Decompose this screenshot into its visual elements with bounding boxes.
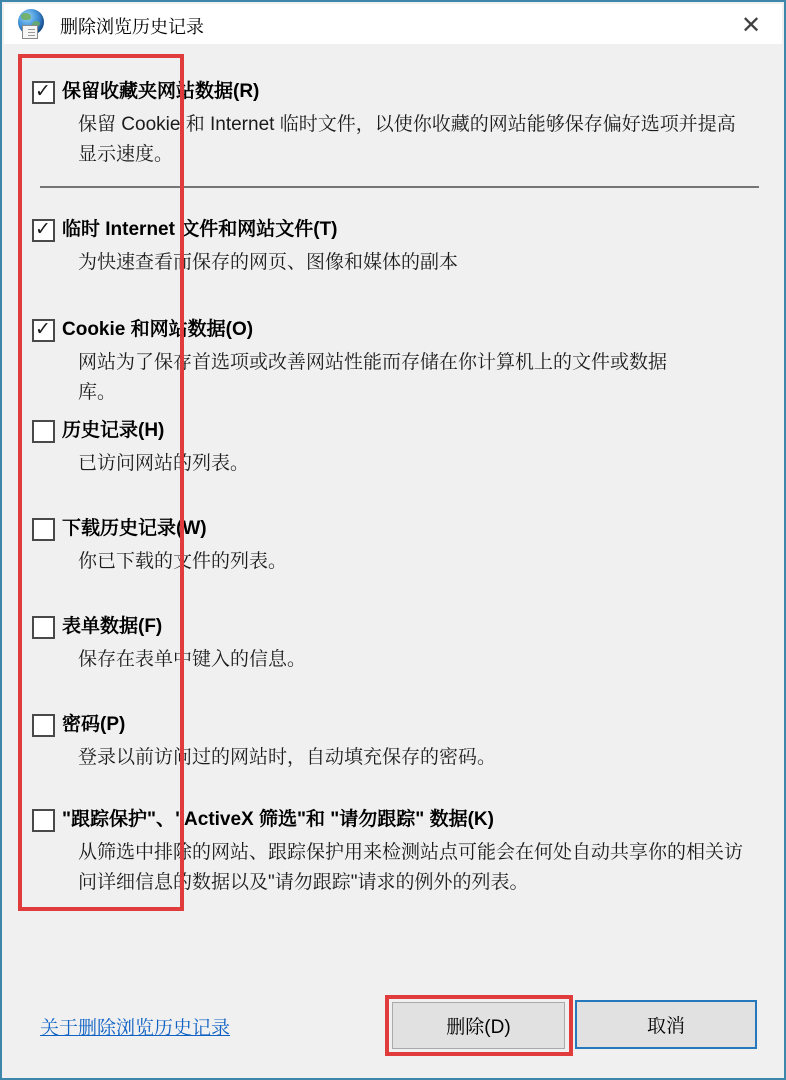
close-icon[interactable]: ✕ xyxy=(734,10,768,40)
checkbox-label[interactable]: 保留收藏夹网站数据(R) xyxy=(62,80,766,104)
option-cookies: Cookie 和网站数据(O) 网站为了保存首选项或改善网站性能而存储在你计算机… xyxy=(32,318,766,408)
checkbox-label[interactable]: 下载历史记录(W) xyxy=(62,517,766,541)
option-download-history: 下载历史记录(W) 你已下载的文件的列表。 xyxy=(32,517,766,577)
ie-globe-document-icon xyxy=(18,9,48,39)
delete-button[interactable]: 删除(D) xyxy=(392,1002,565,1049)
checkbox-label[interactable]: 临时 Internet 文件和网站文件(T) xyxy=(62,218,766,242)
checkbox-description: 登录以前访问过的网站时，自动填充保存的密码。 xyxy=(78,743,766,773)
checkbox-cookies[interactable] xyxy=(32,319,55,342)
dialog-title: 删除浏览历史记录 xyxy=(60,13,204,39)
checkbox-description: 从筛选中排除的网站、跟踪保护用来检测站点可能会在何处自动共享你的相关访 问详细信… xyxy=(78,838,766,898)
checkbox-download-history[interactable] xyxy=(32,518,55,541)
checkbox-description: 已访问网站的列表。 xyxy=(78,449,766,479)
cancel-button[interactable]: 取消 xyxy=(575,1000,757,1049)
option-form-data: 表单数据(F) 保存在表单中键入的信息。 xyxy=(32,615,766,675)
annotation-rect-checkbox-column xyxy=(18,54,184,911)
checkbox-label[interactable]: Cookie 和网站数据(O) xyxy=(62,318,766,342)
checkbox-description: 为快速查看而保存的网页、图像和媒体的副本 xyxy=(78,248,766,278)
about-delete-history-link[interactable]: 关于删除浏览历史记录 xyxy=(40,1013,230,1040)
option-preserve-favorites: 保留收藏夹网站数据(R) 保留 Cookie 和 Internet 临时文件，以… xyxy=(32,80,766,170)
option-tracking-protection: "跟踪保护"、"ActiveX 筛选"和 "请勿跟踪" 数据(K) 从筛选中排除… xyxy=(32,808,766,898)
checkbox-label[interactable]: 密码(P) xyxy=(62,713,766,737)
checkbox-label[interactable]: 表单数据(F) xyxy=(62,615,766,639)
checkbox-description: 保存在表单中键入的信息。 xyxy=(78,645,766,675)
titlebar: 删除浏览历史记录 ✕ xyxy=(4,4,782,44)
checkbox-temp-internet-files[interactable] xyxy=(32,219,55,242)
checkbox-form-data[interactable] xyxy=(32,616,55,639)
checkbox-passwords[interactable] xyxy=(32,714,55,737)
option-temp-internet-files: 临时 Internet 文件和网站文件(T) 为快速查看而保存的网页、图像和媒体… xyxy=(32,218,766,278)
checkbox-description: 你已下载的文件的列表。 xyxy=(78,547,766,577)
checkbox-tracking-protection[interactable] xyxy=(32,809,55,832)
checkbox-description: 网站为了保存首选项或改善网站性能而存储在你计算机上的文件或数据 库。 xyxy=(78,348,766,408)
delete-browsing-history-dialog: 删除浏览历史记录 ✕ 保留收藏夹网站数据(R) 保留 Cookie 和 Inte… xyxy=(0,0,786,1080)
option-history: 历史记录(H) 已访问网站的列表。 xyxy=(32,419,766,479)
checkbox-history[interactable] xyxy=(32,420,55,443)
checkbox-label[interactable]: "跟踪保护"、"ActiveX 筛选"和 "请勿跟踪" 数据(K) xyxy=(62,808,766,832)
checkbox-preserve-favorites[interactable] xyxy=(32,81,55,104)
section-separator xyxy=(40,186,759,188)
checkbox-description: 保留 Cookie 和 Internet 临时文件，以使你收藏的网站能够保存偏好… xyxy=(78,110,766,170)
checkbox-label[interactable]: 历史记录(H) xyxy=(62,419,766,443)
option-passwords: 密码(P) 登录以前访问过的网站时，自动填充保存的密码。 xyxy=(32,713,766,773)
